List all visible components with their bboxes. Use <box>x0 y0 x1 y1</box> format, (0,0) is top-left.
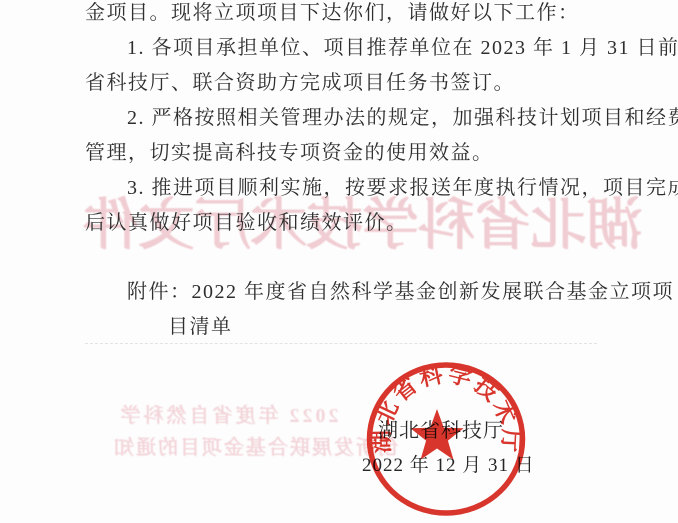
attachment-line: 附件：2022 年度省自然科学基金创新发展联合基金立项项 <box>85 275 648 310</box>
body-line-item-2-cont: 管理，切实提高科技专项资金的使用效益。 <box>85 136 648 171</box>
body-line-continuation: 金项目。现将立项项目下达你们，请做好以下工作： <box>85 0 648 31</box>
signoff-date: 2022 年 12 月 31 日 <box>362 450 535 477</box>
body-line-item-3-cont: 后认真做好项目验收和绩效评价。 <box>85 206 648 241</box>
watermark-title-line-2: 创新发展联合基金项目的通知 <box>146 435 398 461</box>
body-line-item-2: 2. 严格按照相关管理办法的规定，加强科技计划项目和经费 <box>85 101 648 136</box>
body-line-item-1-cont: 省科技厅、联合资助方完成项目任务书签订。 <box>85 66 648 101</box>
document-page: 湖北省科学技术厅文件 2022 年度省自然科学 创新发展联合基金项目的通知 金项… <box>0 0 678 523</box>
body-line-item-1: 1. 各项目承担单位、项目推荐单位在 2023 年 1 月 31 日前与 <box>85 31 648 66</box>
watermark-title-line-1: 2022 年度省自然科学 <box>108 403 348 429</box>
signoff-organization: 湖北省科技厅 <box>378 414 504 443</box>
attachment-line-cont: 目清单 <box>85 310 648 345</box>
body-line-item-3: 3. 推进项目顺利实施，按要求报送年度执行情况，项目完成 <box>85 171 648 206</box>
document-body: 金项目。现将立项项目下达你们，请做好以下工作： 1. 各项目承担单位、项目推荐单… <box>85 0 648 345</box>
